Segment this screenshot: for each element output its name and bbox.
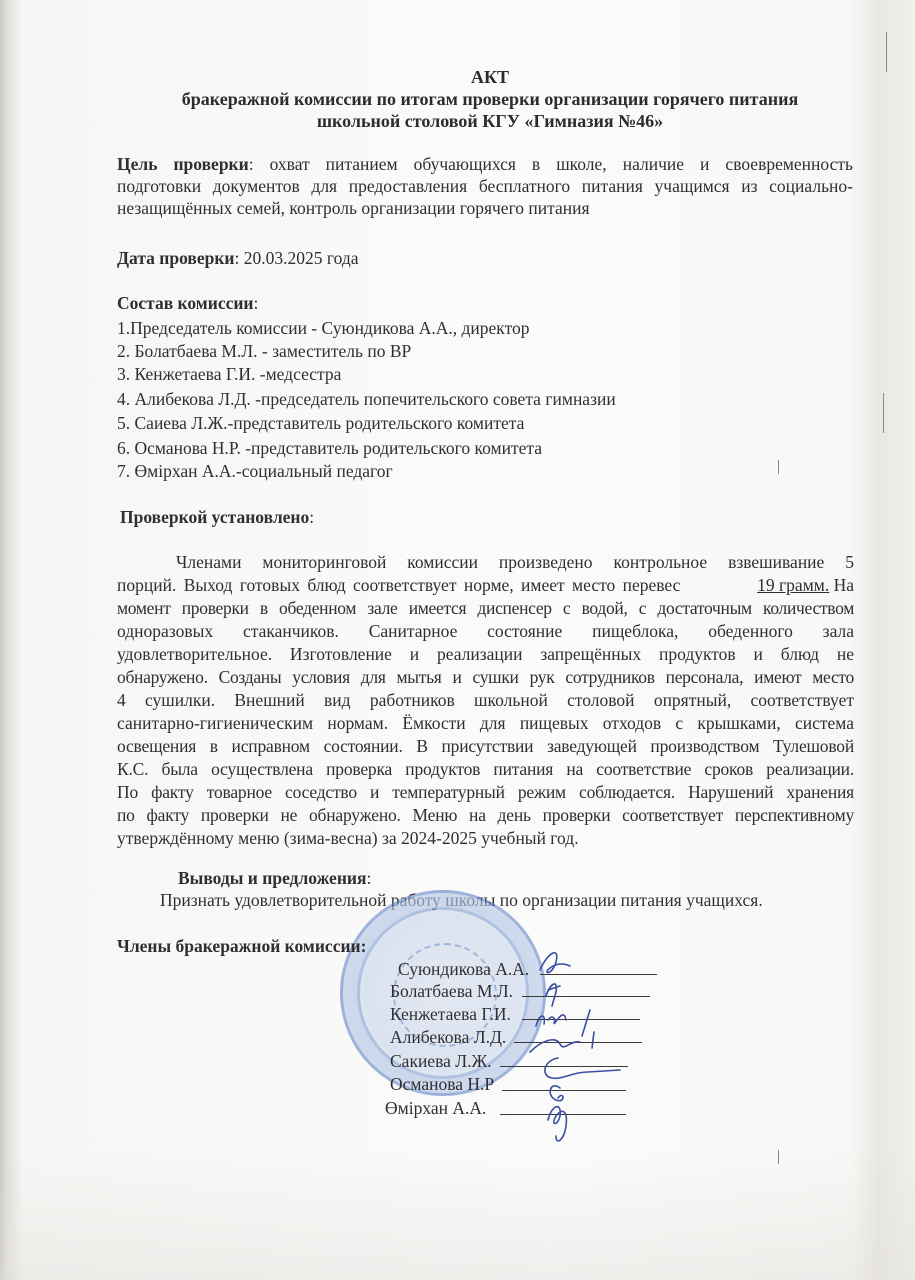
commission-member: 5. Саиева Л.Ж.-представитель родительско…: [117, 412, 524, 434]
purpose-line-1: Цель проверки: охват питанием обучающихс…: [117, 153, 853, 175]
commission-member: 7. Өмірхан А.А.-социальный педагог: [117, 460, 393, 482]
date-value: : 20.03.2025 года: [235, 248, 359, 268]
conclusions-heading: Выводы и предложения:: [178, 867, 371, 889]
signature-name: Алибекова Л.Д.: [390, 1026, 506, 1048]
findings-line: По факту товарное соседство и температур…: [117, 781, 854, 803]
conclusions-label: Выводы и предложения: [178, 868, 366, 888]
commission-heading: Состав комиссии:: [117, 292, 258, 314]
signature-name: Кенжетаева Г.И.: [390, 1003, 511, 1025]
signature-name: Өмірхан А.А.: [385, 1097, 486, 1119]
date-label: Дата проверки: [117, 248, 235, 268]
signature-name: Османова Н.Р: [390, 1073, 494, 1095]
signature-name: Сакиева Л.Ж.: [390, 1050, 492, 1072]
findings-line: утверждённому меню (зима-весна) за 2024-…: [117, 827, 579, 849]
inspection-date: Дата проверки: 20.03.2025 года: [117, 247, 359, 269]
findings-label: Проверкой установлено: [120, 507, 309, 527]
purpose-text: : охват питанием обучающихся в школе, на…: [249, 154, 853, 174]
findings-line: освещения в исправном состоянии. В прису…: [117, 735, 854, 757]
commission-member: 1.Председатель комиссии - Суюндикова А.А…: [117, 317, 530, 339]
overweight-value: 19 грамм.: [757, 575, 829, 595]
findings-line: 4 сушилки. Внешний вид работников школьн…: [117, 689, 854, 711]
purpose-line-2: подготовки документов для предоставления…: [117, 175, 853, 197]
findings-line: момент проверки в обеденном зале имеется…: [117, 597, 854, 619]
commission-member: 3. Кенжетаева Г.И. -медсестра: [117, 363, 341, 385]
edge-mark: [778, 1150, 779, 1164]
commission-label: Состав комиссии: [117, 293, 254, 313]
edge-mark: [778, 460, 779, 474]
signatures-heading: Члены бракеражной комиссии:: [117, 935, 366, 957]
edge-mark: [883, 393, 884, 433]
purpose-line-3: незащищённых семей, контроль организации…: [117, 197, 590, 219]
findings-line: обнаружено. Созданы условия для мытья и …: [117, 666, 854, 688]
signature-name: Болатбаева М.Л.: [390, 980, 513, 1002]
findings-line: одноразовых стаканчиков. Санитарное сост…: [117, 620, 854, 642]
document-title: АКТ: [60, 66, 915, 88]
commission-member: 6. Османова Н.Р. -представитель родитель…: [117, 437, 542, 459]
findings-heading: Проверкой установлено:: [120, 506, 314, 528]
findings-line: удовлетворительное. Изготовление и реали…: [117, 643, 854, 665]
commission-member: 4. Алибекова Л.Д. -председатель попечите…: [117, 388, 616, 410]
document-subtitle-line1: бракеражной комиссии по итогам проверки …: [60, 88, 915, 110]
findings-line: Членами мониторинговой комиссии произвед…: [176, 551, 854, 573]
findings-line: по факту проверки не обнаружено. Меню на…: [117, 804, 854, 826]
findings-line: санитарно-гигиеническим нормам. Ёмкости …: [117, 712, 854, 734]
handwritten-signatures: [500, 940, 660, 1150]
commission-member: 2. Болатбаева М.Л. - заместитель по ВР: [117, 340, 411, 362]
page-shadow: [0, 1150, 915, 1280]
findings-line: К.С. была осуществлена проверка продукто…: [117, 758, 854, 780]
purpose-label: Цель проверки: [117, 154, 249, 174]
document-subtitle-line2: школьной столовой КГУ «Гимназия №46»: [60, 110, 915, 132]
findings-line: порций. Выход готовых блюд соответствует…: [117, 574, 854, 596]
